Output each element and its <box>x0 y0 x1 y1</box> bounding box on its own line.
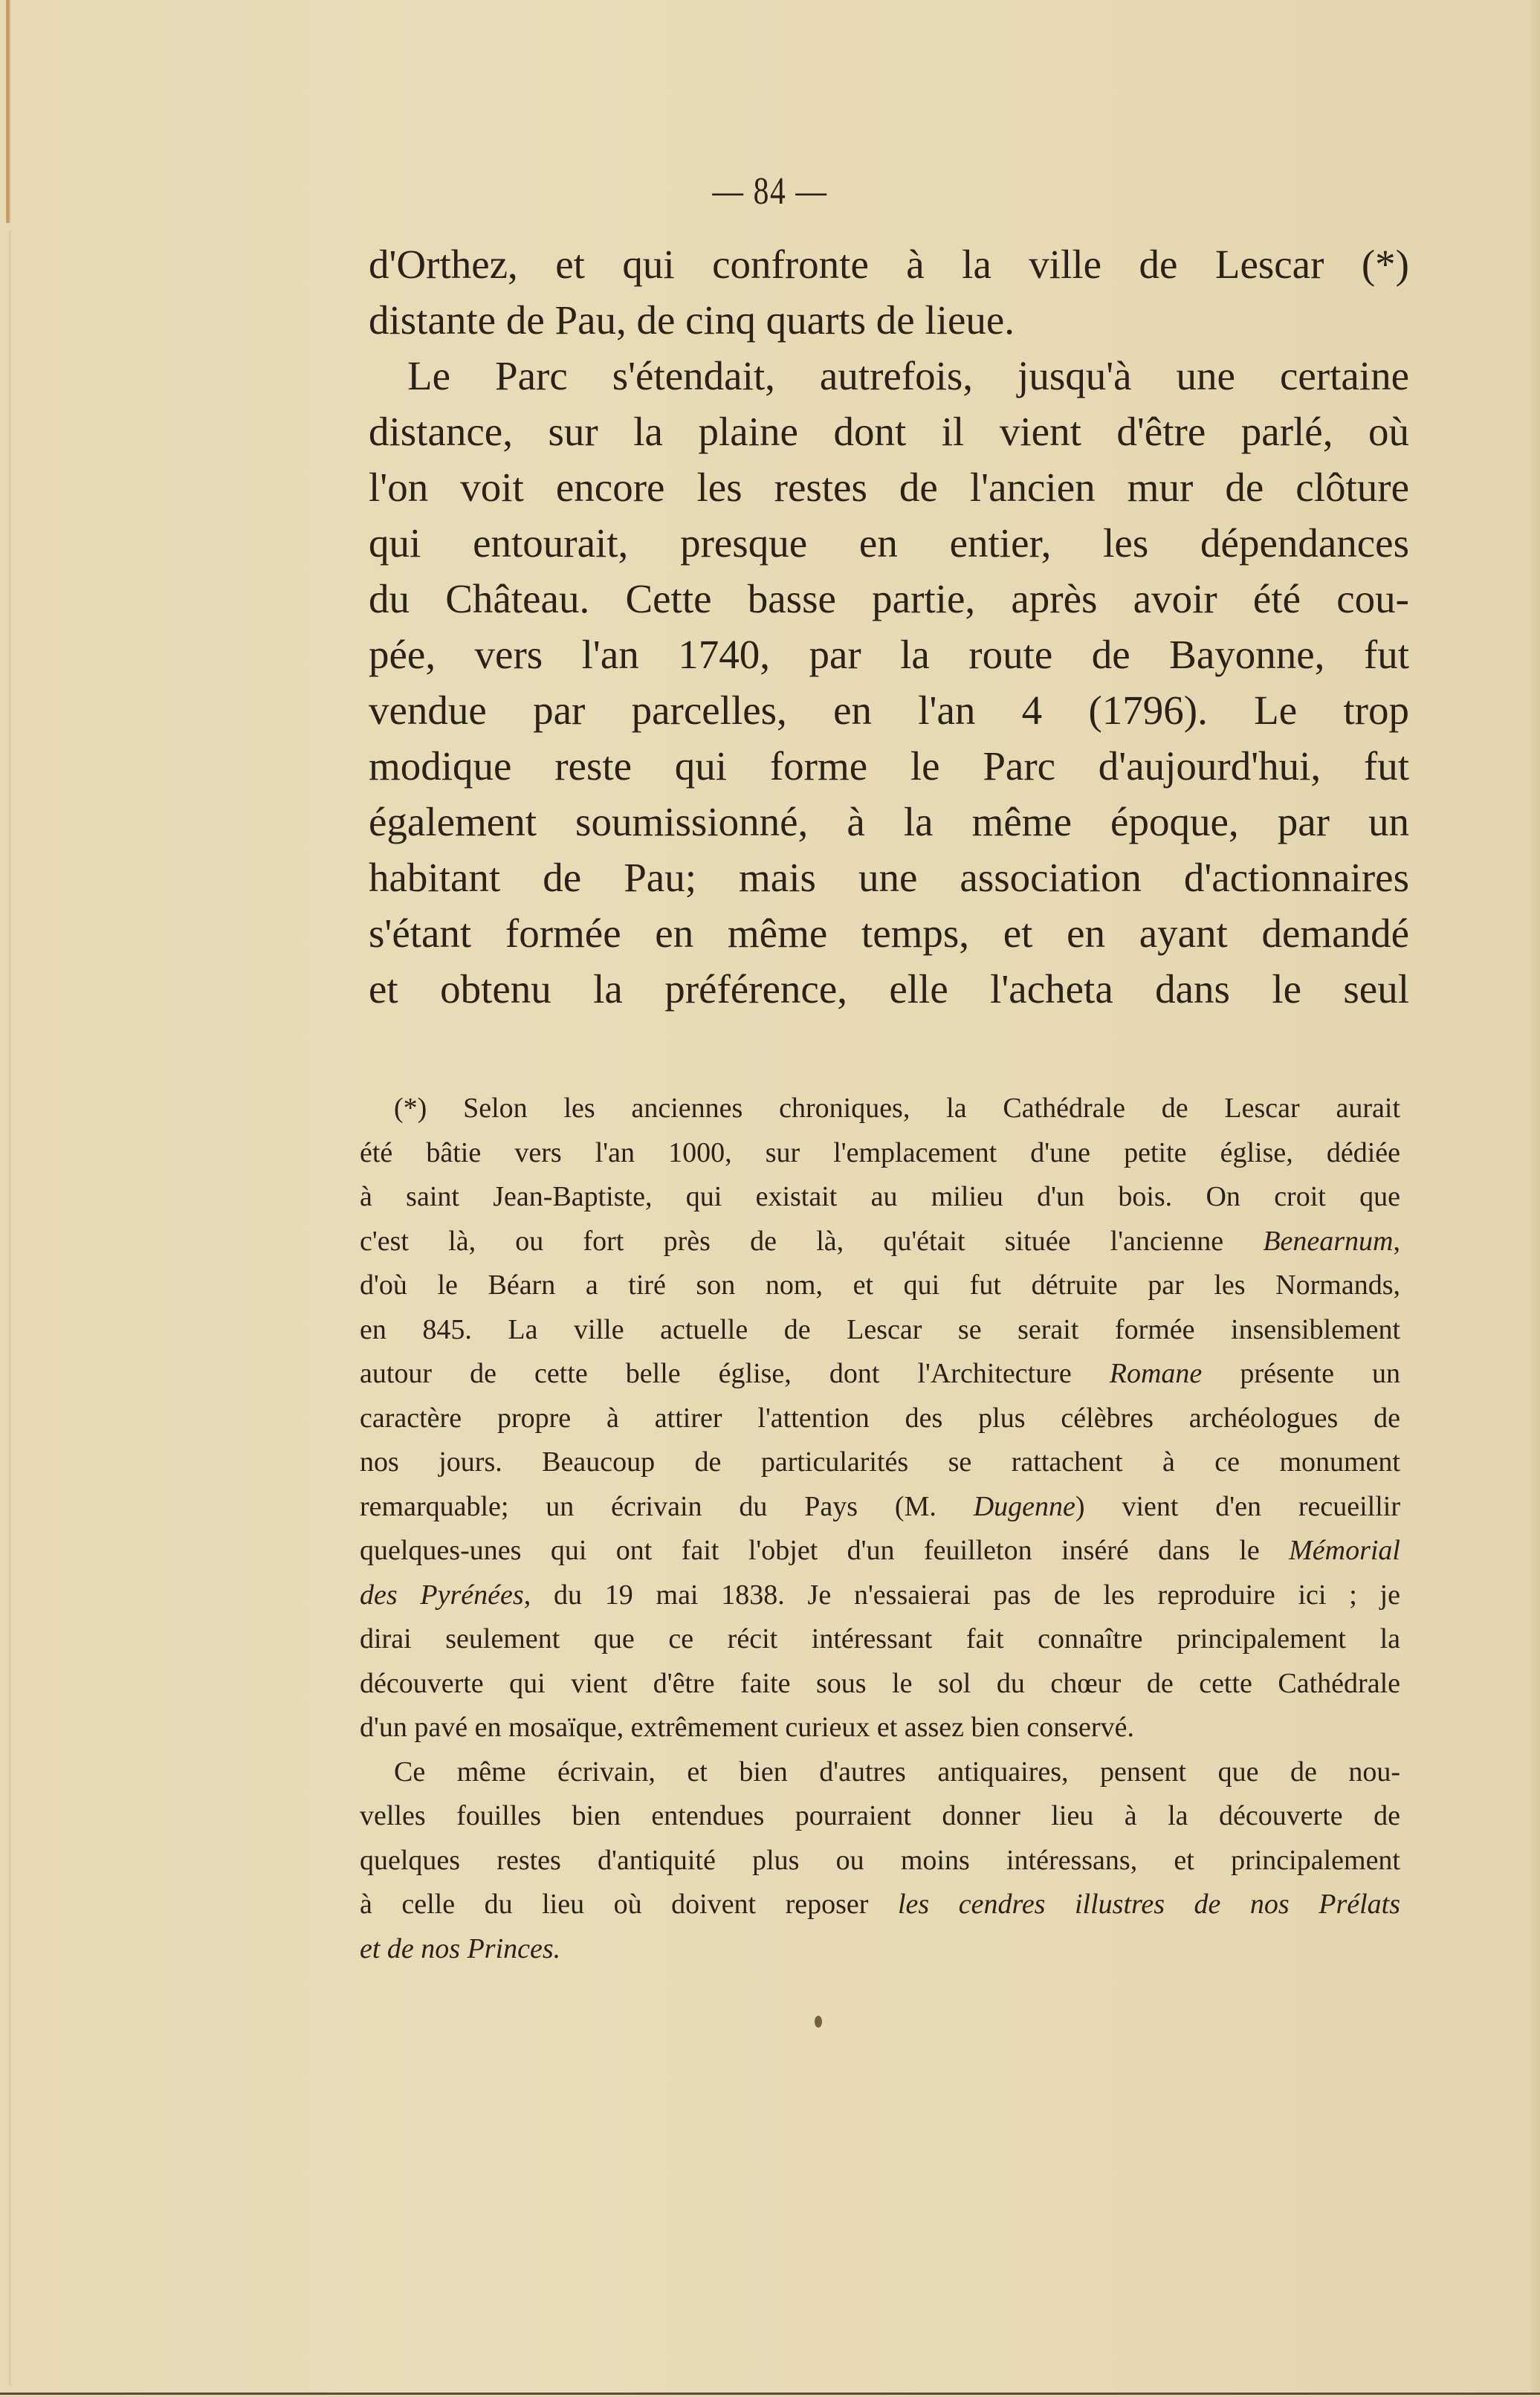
scan-bottom-edge <box>0 2393 1540 2395</box>
text-line: distance, sur la plaine dont il vient d'… <box>369 404 1409 459</box>
text-line: vendue par parcelles, en l'an 4 (1796). … <box>369 682 1409 738</box>
text-run: ) vient d'en recueillir <box>1075 1491 1400 1522</box>
footnote-line: découverte qui vient d'être faite sous l… <box>360 1662 1400 1707</box>
text-line: s'étant formée en même temps, et en ayan… <box>369 905 1409 961</box>
page-binding-edge <box>6 0 10 223</box>
text-line: pée, vers l'an 1740, par la route de Bay… <box>369 627 1409 682</box>
text-line: modique reste qui forme le Parc d'aujour… <box>369 738 1409 794</box>
italic-text: Romane <box>1110 1358 1203 1389</box>
text-run: , <box>1394 1226 1401 1257</box>
footnote-line: d'où le Béarn a tiré son nom, et qui fut… <box>360 1264 1400 1308</box>
footnote-line: à celle du lieu où doivent reposer les c… <box>360 1883 1400 1927</box>
italic-text: et de nos Princes. <box>360 1933 560 1964</box>
text-line: du Château. Cette basse partie, après av… <box>369 571 1409 627</box>
text-run: remarquable; un écrivain du Pays (M. <box>360 1491 974 1522</box>
footnote-line: caractère propre à attirer l'attention d… <box>360 1397 1400 1441</box>
footnote: (*) Selon les anciennes chroniques, la C… <box>360 1087 1400 1971</box>
text-line: également soumissionné, à la même époque… <box>369 794 1409 850</box>
text-run: en 845. La ville actuelle de Lescar se s… <box>360 1314 1400 1345</box>
text-line: qui entourait, presque en entier, les dé… <box>369 515 1409 571</box>
text-run: velles fouilles bien entendues pourraien… <box>360 1800 1400 1831</box>
text-line: l'on voit encore les restes de l'ancien … <box>369 459 1409 515</box>
italic-text: Dugenne <box>974 1491 1075 1522</box>
footnote-line: à saint Jean-Baptiste, qui existait au m… <box>360 1175 1400 1220</box>
text-run: d'un pavé en mosaïque, extrêmement curie… <box>360 1712 1134 1743</box>
page-binding-shadow <box>9 230 11 2386</box>
main-text: d'Orthez, et qui confronte à la ville de… <box>369 236 1409 1017</box>
ink-spot <box>815 2016 822 2028</box>
text-line: d'Orthez, et qui confronte à la ville de… <box>369 236 1409 292</box>
text-line: habitant de Pau; mais une association d'… <box>369 850 1409 905</box>
italic-text: Mémorial <box>1289 1535 1400 1566</box>
text-run: , du 19 mai 1838. Je n'essaierai pas de … <box>524 1579 1400 1611</box>
text-run: caractère propre à attirer l'attention d… <box>360 1403 1400 1434</box>
page-number: — 84 — <box>154 169 1386 213</box>
text-run: d'où le Béarn a tiré son nom, et qui fut… <box>360 1269 1400 1301</box>
italic-text: Benearnum <box>1263 1226 1393 1257</box>
text-run: à celle du lieu où doivent reposer <box>360 1889 898 1920</box>
footnote-line: nos jours. Beaucoup de particularités se… <box>360 1440 1400 1485</box>
text-line: Le Parc s'étendait, autrefois, jusqu'à u… <box>369 348 1409 404</box>
text-line: distante de Pau, de cinq quarts de lieue… <box>369 292 1409 348</box>
text-line: et obtenu la préférence, elle l'acheta d… <box>369 961 1409 1017</box>
footnote-line: quelques-unes qui ont fait l'objet d'un … <box>360 1529 1400 1573</box>
text-run: c'est là, ou fort près de là, qu'était s… <box>360 1226 1263 1257</box>
page-right-edge <box>1530 0 1540 2395</box>
footnote-line: (*) Selon les anciennes chroniques, la C… <box>360 1087 1400 1131</box>
footnote-line: c'est là, ou fort près de là, qu'était s… <box>360 1220 1400 1264</box>
text-run: découverte qui vient d'être faite sous l… <box>360 1668 1400 1699</box>
italic-text: des Pyrénées <box>360 1579 524 1611</box>
footnote-line: des Pyrénées, du 19 mai 1838. Je n'essai… <box>360 1573 1400 1618</box>
text-run: été bâtie vers l'an 1000, sur l'emplacem… <box>360 1137 1400 1168</box>
text-run: quelques restes d'antiquité plus ou moin… <box>360 1845 1400 1876</box>
footnote-line: remarquable; un écrivain du Pays (M. Dug… <box>360 1485 1400 1530</box>
footnote-line: quelques restes d'antiquité plus ou moin… <box>360 1839 1400 1883</box>
text-run: à saint Jean-Baptiste, qui existait au m… <box>360 1181 1400 1212</box>
text-run: quelques-unes qui ont fait l'objet d'un … <box>360 1535 1289 1566</box>
italic-text: les cendres illustres de nos Prélats <box>898 1889 1400 1920</box>
footnote-line: été bâtie vers l'an 1000, sur l'emplacem… <box>360 1131 1400 1176</box>
text-run: dirai seulement que ce récit intéressant… <box>360 1623 1400 1654</box>
footnote-line: en 845. La ville actuelle de Lescar se s… <box>360 1308 1400 1353</box>
text-run: présente un <box>1202 1358 1400 1389</box>
text-run: nos jours. Beaucoup de particularités se… <box>360 1446 1400 1478</box>
footnote-line: autour de cette belle église, dont l'Arc… <box>360 1352 1400 1397</box>
text-run: (*) Selon les anciennes chroniques, la C… <box>394 1093 1400 1124</box>
text-run: Ce même écrivain, et bien d'autres antiq… <box>394 1756 1400 1788</box>
footnote-line: et de nos Princes. <box>360 1927 1400 1972</box>
footnote-line: Ce même écrivain, et bien d'autres antiq… <box>360 1750 1400 1795</box>
text-run: autour de cette belle église, dont l'Arc… <box>360 1358 1110 1389</box>
book-page: — 84 — d'Orthez, et qui confronte à la v… <box>0 0 1540 2395</box>
footnote-line: velles fouilles bien entendues pourraien… <box>360 1794 1400 1839</box>
footnote-line: dirai seulement que ce récit intéressant… <box>360 1617 1400 1662</box>
footnote-line: d'un pavé en mosaïque, extrêmement curie… <box>360 1706 1400 1750</box>
